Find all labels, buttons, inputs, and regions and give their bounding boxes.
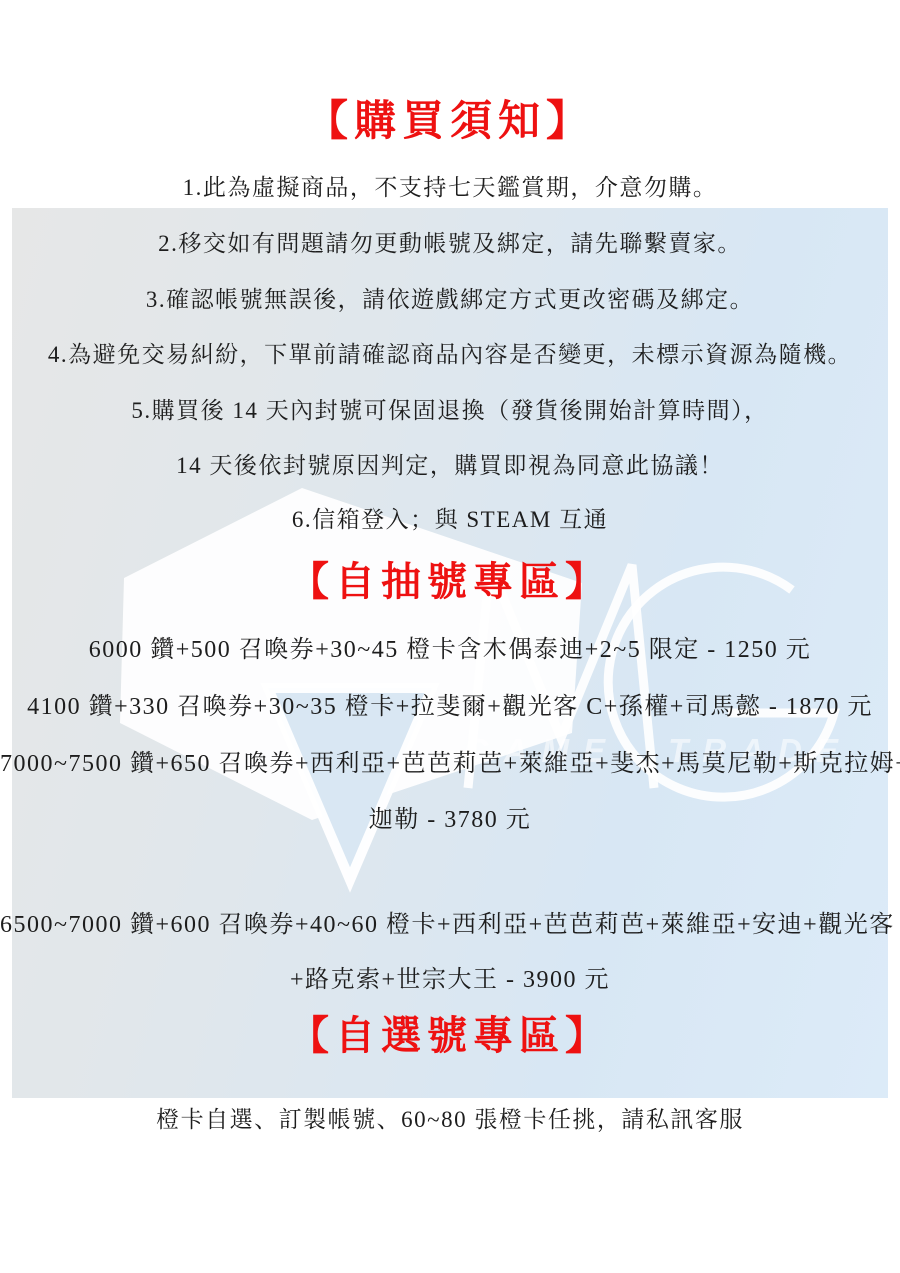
notice-item-5-line-1: 5.購買後 14 天內封號可保固退換（發貨後開始計算時間），: [0, 396, 900, 426]
notice-item-3: 3.確認帳號無誤後，請依遊戲綁定方式更改密碼及綁定。: [0, 285, 900, 315]
self-draw-offer-2: 4100 鑽+330 召喚券+30~35 橙卡+拉斐爾+觀光客 C+孫權+司馬懿…: [0, 692, 900, 722]
self-draw-offer-4-line-1: 6500~7000 鑽+600 召喚券+40~60 橙卡+西利亞+芭芭莉芭+萊維…: [0, 910, 900, 940]
self-draw-offer-3-line-1: 7000~7500 鑽+650 召喚券+西利亞+芭芭莉芭+萊維亞+斐杰+馬莫尼勒…: [0, 749, 900, 779]
custom-pick-section-title: 【自選號專區】: [0, 1010, 900, 1062]
custom-pick-note: 橙卡自選、訂製帳號、60~80 張橙卡任挑，請私訊客服: [0, 1105, 900, 1135]
self-draw-section-title: 【自抽號專區】: [0, 556, 900, 608]
notice-item-1: 1.此為虛擬商品，不支持七天鑑賞期，介意勿購。: [0, 173, 900, 203]
notice-title: 【購買須知】: [0, 95, 900, 149]
notice-item-6: 6.信箱登入；與 STEAM 互通: [0, 505, 900, 535]
notice-item-4: 4.為避免交易糾紛，下單前請確認商品內容是否變更，未標示資源為隨機。: [0, 340, 900, 370]
purchase-notice-poster: GAME TRADE 【購買須知】 1.此為虛擬商品，不支持七天鑑賞期，介意勿購…: [0, 0, 900, 1273]
notice-item-5-line-2: 14 天後依封號原因判定，購買即視為同意此協議！: [0, 451, 900, 481]
self-draw-offer-4-line-2: +路克索+世宗大王 - 3900 元: [0, 965, 900, 995]
self-draw-offer-1: 6000 鑽+500 召喚券+30~45 橙卡含木偶泰迪+2~5 限定 - 12…: [0, 635, 900, 665]
self-draw-offer-3-line-2: 迦勒 - 3780 元: [0, 805, 900, 835]
notice-item-2: 2.移交如有問題請勿更動帳號及綁定，請先聯繫賣家。: [0, 229, 900, 259]
